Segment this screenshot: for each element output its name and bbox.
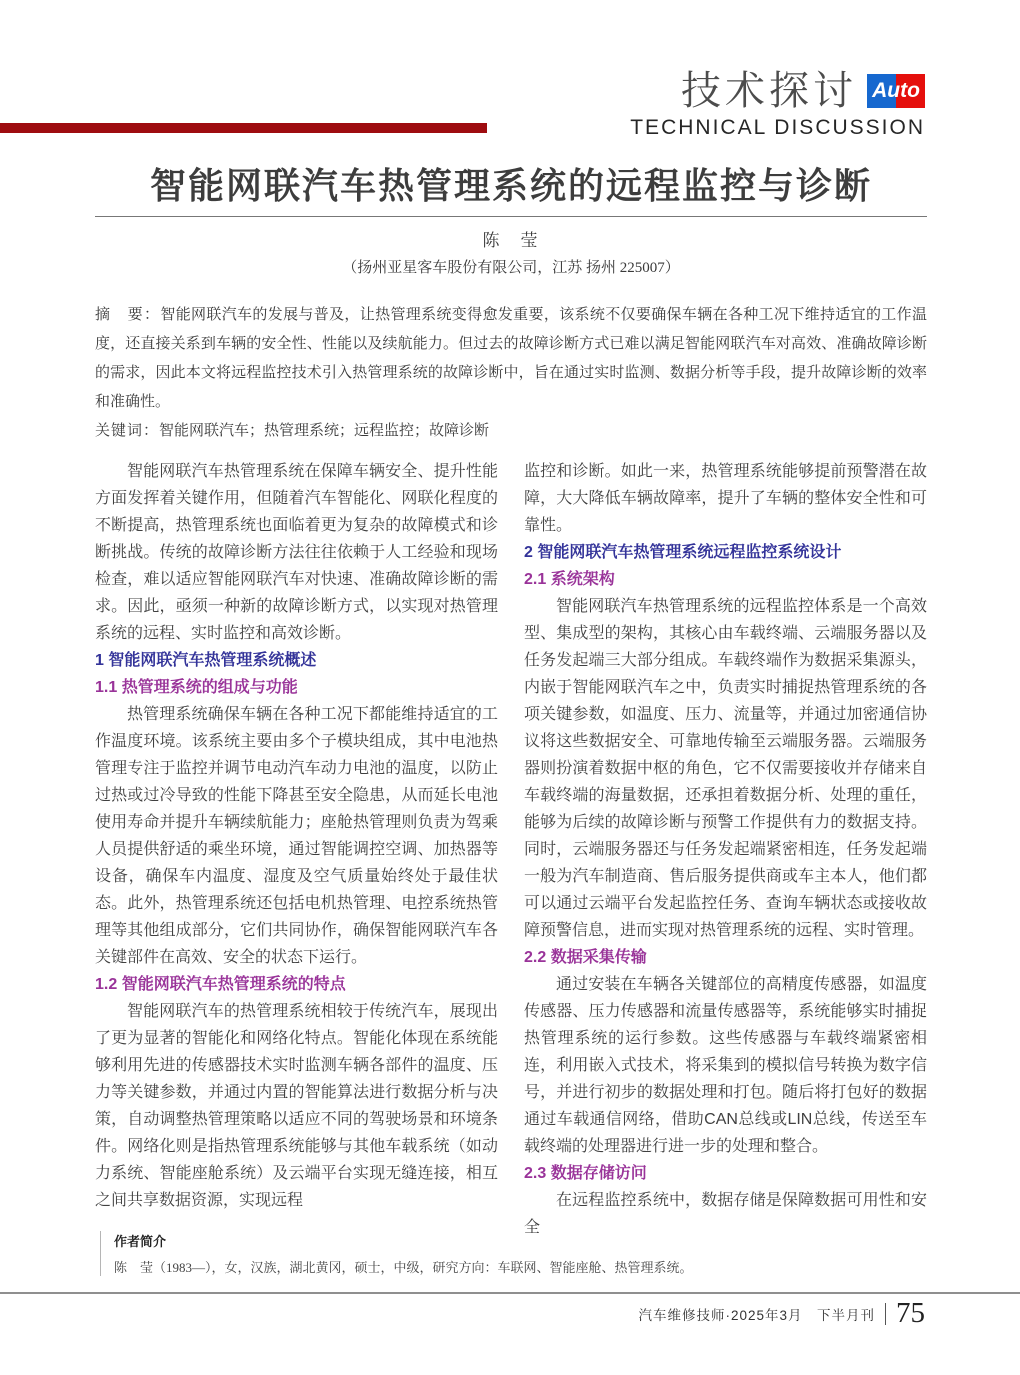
body-paragraph: 热管理系统确保车辆在各种工况下都能维持适宜的工作温度环境。该系统主要由多个子模块…: [95, 701, 498, 971]
section-heading: 2 智能网联汽车热管理系统远程监控系统设计: [524, 539, 927, 566]
keywords-line: 关键词：智能网联汽车；热管理系统；远程监控；故障诊断: [95, 417, 927, 446]
body-paragraph: 智能网联汽车热管理系统在保障车辆安全、提升性能方面发挥着关键作用，但随着汽车智能…: [95, 458, 498, 647]
keywords-label: 关键词：: [95, 423, 159, 439]
body-paragraph: 监控和诊断。如此一来，热管理系统能够提前预警潜在故障，大大降低车辆故障率，提升了…: [524, 458, 927, 539]
masthead: 技术探讨 Auto TECHNICAL DISCUSSION: [630, 70, 925, 140]
title-divider: [95, 216, 927, 217]
abstract-label: 摘 要：: [95, 307, 160, 323]
footer-separator: [885, 1303, 886, 1325]
bio-text: 陈 莹（1983—），女，汉族，湖北黄冈，硕士，中级，研究方向：车联网、智能座舱…: [114, 1257, 924, 1276]
page-footer: 汽车维修技师·2025年3月 下半月刊 75: [638, 1299, 925, 1328]
journal-page: 技术探讨 Auto TECHNICAL DISCUSSION 智能网联汽车热管理…: [0, 0, 1020, 1375]
section-title-cn: 技术探讨: [681, 70, 857, 112]
body-paragraph: 智能网联汽车的热管理系统相较于传统汽车，展现出了更为显著的智能化和网络化特点。智…: [95, 998, 498, 1214]
auto-magazine-logo-icon: Auto: [867, 74, 925, 108]
subsection-heading: 1.1 热管理系统的组成与功能: [95, 674, 498, 701]
masthead-red-bar: [0, 123, 487, 133]
body-paragraph: 通过安装在车辆各关键部位的高精度传感器，如温度传感器、压力传感器和流量传感器等，…: [524, 971, 927, 1160]
subsection-heading: 2.1 系统架构: [524, 566, 927, 593]
page-number: 75: [896, 1299, 925, 1328]
abstract-text: 智能网联汽车的发展与普及，让热管理系统变得愈发重要，该系统不仅要确保车辆在各种工…: [95, 307, 927, 410]
abstract-block: 摘 要：智能网联汽车的发展与普及，让热管理系统变得愈发重要，该系统不仅要确保车辆…: [95, 301, 927, 446]
left-column: 智能网联汽车热管理系统在保障车辆安全、提升性能方面发挥着关键作用，但随着汽车智能…: [95, 458, 498, 1214]
section-heading: 1 智能网联汽车热管理系统概述: [95, 647, 498, 674]
author-bio-block: 作者简介 陈 莹（1983—），女，汉族，湖北黄冈，硕士，中级，研究方向：车联网…: [100, 1231, 924, 1276]
subsection-heading: 1.2 智能网联汽车热管理系统的特点: [95, 971, 498, 998]
subsection-heading: 2.3 数据存储访问: [524, 1160, 927, 1187]
journal-info: 汽车维修技师·2025年3月 下半月刊: [638, 1304, 875, 1324]
body-paragraph: 智能网联汽车热管理系统的远程监控体系是一个高效型、集成型的架构，其核心由车载终端…: [524, 593, 927, 944]
author-affiliation: （扬州亚星客车股份有限公司，江苏 扬州 225007）: [95, 256, 927, 277]
author-name: 陈 莹: [95, 226, 927, 251]
section-title-en: TECHNICAL DISCUSSION: [630, 116, 925, 140]
footer-divider: [0, 1292, 1020, 1294]
abstract-paragraph: 摘 要：智能网联汽车的发展与普及，让热管理系统变得愈发重要，该系统不仅要确保车辆…: [95, 301, 927, 417]
article-title: 智能网联汽车热管理系统的远程监控与诊断: [95, 158, 927, 209]
subsection-heading: 2.2 数据采集传输: [524, 944, 927, 971]
right-column: 监控和诊断。如此一来，热管理系统能够提前预警潜在故障，大大降低车辆故障率，提升了…: [524, 458, 927, 1241]
keywords-text: 智能网联汽车；热管理系统；远程监控；故障诊断: [159, 423, 489, 439]
bio-title: 作者简介: [114, 1231, 924, 1250]
